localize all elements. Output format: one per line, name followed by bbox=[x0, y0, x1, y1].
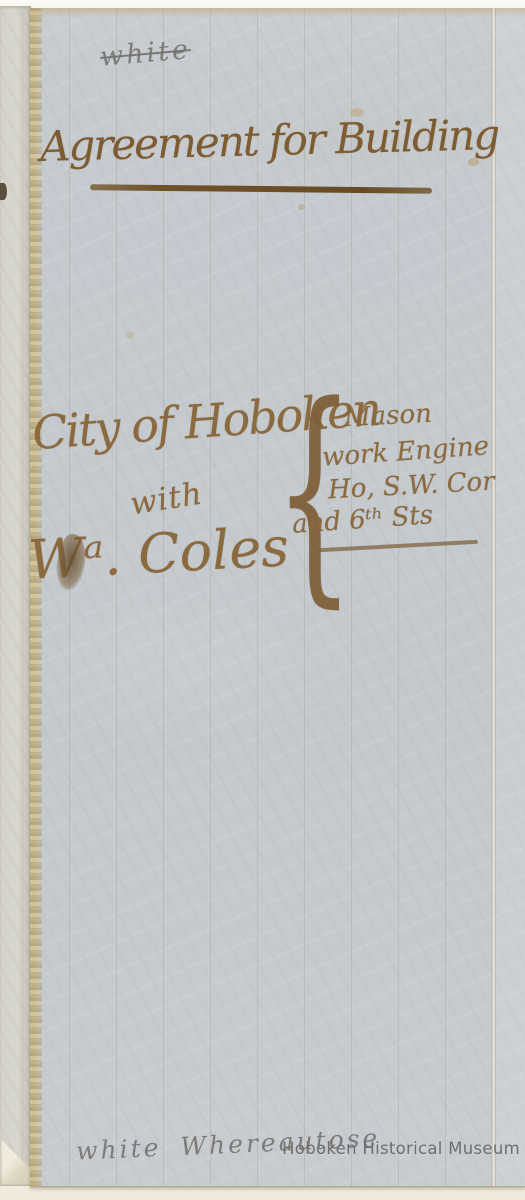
document-photo: white Agreement for Building City of Hob… bbox=[0, 0, 525, 1200]
pencil-annotation-top: white bbox=[99, 34, 192, 73]
torn-top-edge bbox=[30, 8, 525, 18]
title-underline bbox=[90, 184, 432, 194]
foxing-spot bbox=[298, 204, 305, 210]
side-note-line-1: Mason bbox=[343, 400, 432, 433]
party-connector: with bbox=[128, 477, 205, 522]
torn-left-edge bbox=[30, 8, 42, 1186]
document-page: white Agreement for Building City of Hob… bbox=[30, 8, 525, 1187]
document-title: Agreement for Building bbox=[39, 112, 498, 170]
foxing-spot bbox=[126, 332, 135, 339]
fold-panel bbox=[496, 8, 525, 1186]
museum-watermark: Hoboken Historical Museum bbox=[282, 1139, 520, 1158]
side-note-line-3: Ho, S.W. Cor bbox=[327, 468, 495, 505]
edge-stain bbox=[0, 183, 7, 200]
